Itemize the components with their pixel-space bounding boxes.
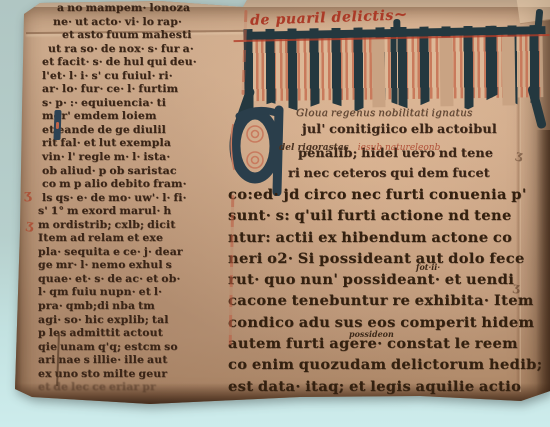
superscript-gloss: fot·ii· (416, 262, 440, 272)
paraph-mark-blue (53, 110, 61, 140)
display-title-lettering (243, 25, 546, 115)
text-line: ob aliud· p ob saristac (42, 165, 242, 179)
text-line: quae· et· s· de ac· et ob· (38, 273, 242, 287)
text-line: ar· lo· fur· ce· l· furtim (42, 83, 242, 97)
parchment: de puaril delictis~ (0, 0, 550, 427)
text-line: ge mr· l· nemo exhul s (38, 259, 242, 273)
text-line: et asto fuum mahesti (62, 29, 242, 43)
text-line: ex uno sto milte geur (38, 368, 242, 382)
text-line: co m p alio debito fram· (42, 178, 242, 192)
interlinear-gloss-row: del rigorastasiesub natureleonb (279, 135, 440, 154)
text-line: rit fal· et lut exempla (42, 137, 242, 151)
interlinear-gloss-dark: del rigorastas (279, 143, 349, 153)
text-line: qie unam q'q; estcm so (38, 341, 242, 355)
text-line: vin· l' regle m· l· ista· (42, 151, 242, 165)
text-line: pra· qmb;di nba tm (38, 300, 242, 314)
text-line: sunt· s: q'uil furti actione nd tene (228, 206, 550, 227)
text-line: et facit· s· de hul qui deu· (42, 56, 242, 70)
text-line: ri nec ceteros qui dem fucet (288, 165, 550, 180)
ascender-stroke (393, 19, 400, 33)
text-line: Gloua regenus nobilitati ignatus (296, 106, 550, 121)
text-line: p les admittit actout (38, 327, 242, 341)
text-line: m ordistrib; cxlb; dicit (38, 219, 242, 233)
margin-mark-red: ʒ (25, 217, 35, 233)
text-line: est data· itaq; et legis aquilie actio (228, 377, 550, 398)
text-line: ut ra so· de nox· s· fur a· (48, 43, 242, 57)
text-line: a no mampem· lonoza (57, 2, 242, 16)
text-line: mgr' emdem loiem (42, 110, 242, 124)
text-line: pla· sequita e ce· j· dear (38, 246, 242, 260)
text-line: rut· quo nun' possideant· et uendi (228, 270, 550, 291)
text-line: s' 1° m exord marul· h (38, 205, 242, 219)
text-line: cacone tenebuntur re exhibita· Item (228, 291, 550, 312)
letter-gap (440, 37, 454, 106)
rubric-text: de puaril delictis (250, 8, 394, 29)
text-line: co enim quozudam delictorum hedib; (228, 355, 550, 376)
superscript-gloss: possideon (349, 329, 394, 339)
text-line: agi· so· hic explib; tal (38, 314, 242, 328)
text-line: ne· ut acto· vi· lo rap· (53, 16, 242, 30)
letter-gap (502, 36, 516, 105)
text-line: ls qs· e· de mo· uw'· l· fi· (42, 192, 242, 206)
text-line: et eande de ge diulil (42, 124, 242, 138)
parchment-edge-left (0, 0, 22, 427)
text-line: et de lec ce eriar pr (38, 381, 242, 395)
letter-gap (372, 38, 386, 107)
rubric-heading: de puaril delictis~ (250, 4, 408, 28)
margin-mark-red: ʒ (24, 188, 31, 203)
interlinear-gloss-red: iesub natureleonb (358, 143, 441, 153)
text-line: s· p· :· equiuencia· ti (42, 97, 242, 111)
text-line: l· qm fuiu nupn· et l· (38, 286, 242, 300)
manuscript-photo: de puaril delictis~ (0, 0, 550, 427)
right-column-lower: co:ed· jd circo nec furti conuenia p'sun… (228, 185, 546, 398)
text-line: ari nae s illie· ille aut (38, 354, 242, 368)
parchment-shadow: de puaril delictis~ (0, 0, 550, 427)
text-line: ntur: actii ex hibendum actone co (228, 228, 550, 249)
text-line: l'et· l· i· s' cu fuiul· ri· (42, 70, 242, 84)
text-line: Item ad relam et exe (38, 232, 242, 246)
left-column: a no mampem· lonozane· ut acto· vi· lo r… (42, 2, 238, 395)
text-line: co:ed· jd circo nec furti conuenia p' (228, 185, 550, 206)
text-line: neri o2· Si possideant aut dolo fece (228, 249, 550, 270)
paraph-red-dot (56, 122, 59, 129)
corner-fold (516, 0, 550, 24)
